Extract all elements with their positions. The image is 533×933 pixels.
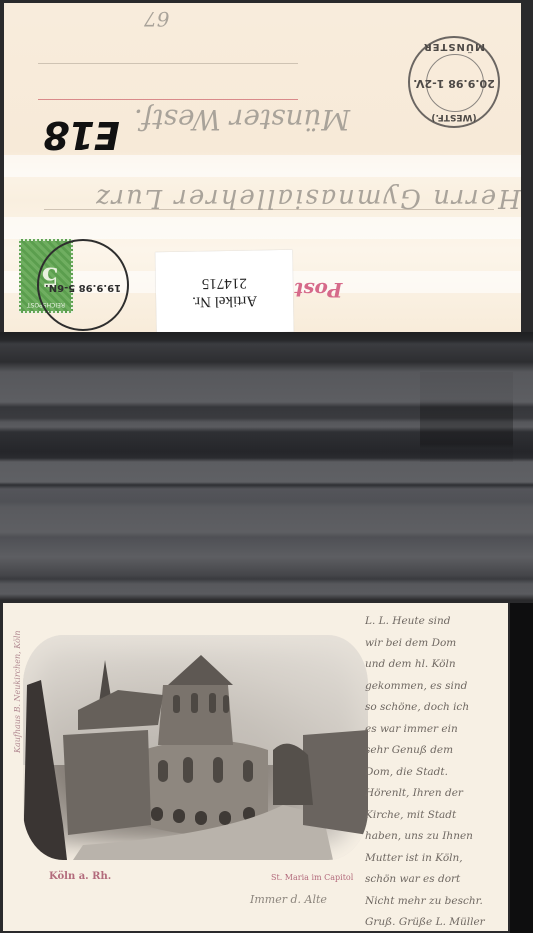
scan-artifact xyxy=(420,372,513,462)
article-label-title: Artikel Nr. xyxy=(192,291,257,310)
destination-handwriting: Münster Westf. xyxy=(134,103,350,136)
postmark-date: 19.9.98 5-6N. xyxy=(39,282,127,293)
scanner-background xyxy=(0,332,533,600)
message-line: Nicht mehr zu beschr. xyxy=(365,891,505,913)
sending-postmark: 19.9.98 5-6N. xyxy=(37,239,129,331)
photo-caption: St. Maria im Capitol xyxy=(271,873,353,882)
church-photo xyxy=(23,635,368,860)
message-line: sehr Genuß dem xyxy=(365,740,505,762)
postmark-date: 20.9.98 1-2V. xyxy=(410,77,498,90)
article-label-number: 214715 xyxy=(202,274,247,293)
message-line: Gruß. Grüße L. Müller xyxy=(365,912,505,931)
message-line: und dem hl. Köln xyxy=(365,654,505,676)
recipient-handwriting: Herrn Gymnasiallehrer Lurz xyxy=(94,183,521,213)
message-line: Dom, die Stadt. xyxy=(365,762,505,784)
postmark-region: (WESTF.) xyxy=(410,112,498,122)
message-line: haben, uns zu Ihnen xyxy=(365,826,505,848)
message-line: es war immer ein xyxy=(365,719,505,741)
message-line: Mutter ist in Köln, xyxy=(365,848,505,870)
message-line: gekommen, es sind xyxy=(365,676,505,698)
message-line: L. L. Heute sind xyxy=(365,611,505,633)
postcard-picture-side: Kaufhaus B. Neukirchen, Köln Köln a. Rh.… xyxy=(3,603,508,931)
receiving-postmark: (WESTF.) 20.9.98 1-2V. MÜNSTER xyxy=(408,36,500,128)
scan-highlight-band xyxy=(4,155,521,177)
address-rule-line xyxy=(38,63,298,64)
message-line: schön war es dort xyxy=(365,869,505,891)
reference-code: E18 xyxy=(44,113,120,157)
printed-post-word: Post xyxy=(294,278,342,302)
scanner-edge xyxy=(510,603,533,933)
city-caption: Köln a. Rh. xyxy=(49,871,111,882)
message-line: wir bei dem Dom xyxy=(365,633,505,655)
scan-highlight-band xyxy=(4,217,521,239)
article-number-label: Artikel Nr. 214715 xyxy=(155,250,293,334)
church-illustration xyxy=(23,635,368,860)
message-line: Kirche, mit Stadt xyxy=(365,805,505,827)
postmark-city: MÜNSTER xyxy=(410,41,498,52)
message-line: so schöne, doch ich xyxy=(365,697,505,719)
message-line: Hörenlt, Ihren der xyxy=(365,783,505,805)
signature-line: Immer d. Alte xyxy=(250,893,327,906)
publisher-imprint: Kaufhaus B. Neukirchen, Köln xyxy=(13,630,22,753)
inventory-number-pencil: 67 xyxy=(144,7,169,31)
address-rule-line-red xyxy=(38,99,298,100)
handwritten-message: L. L. Heute sind wir bei dem Dom und dem… xyxy=(365,611,505,931)
